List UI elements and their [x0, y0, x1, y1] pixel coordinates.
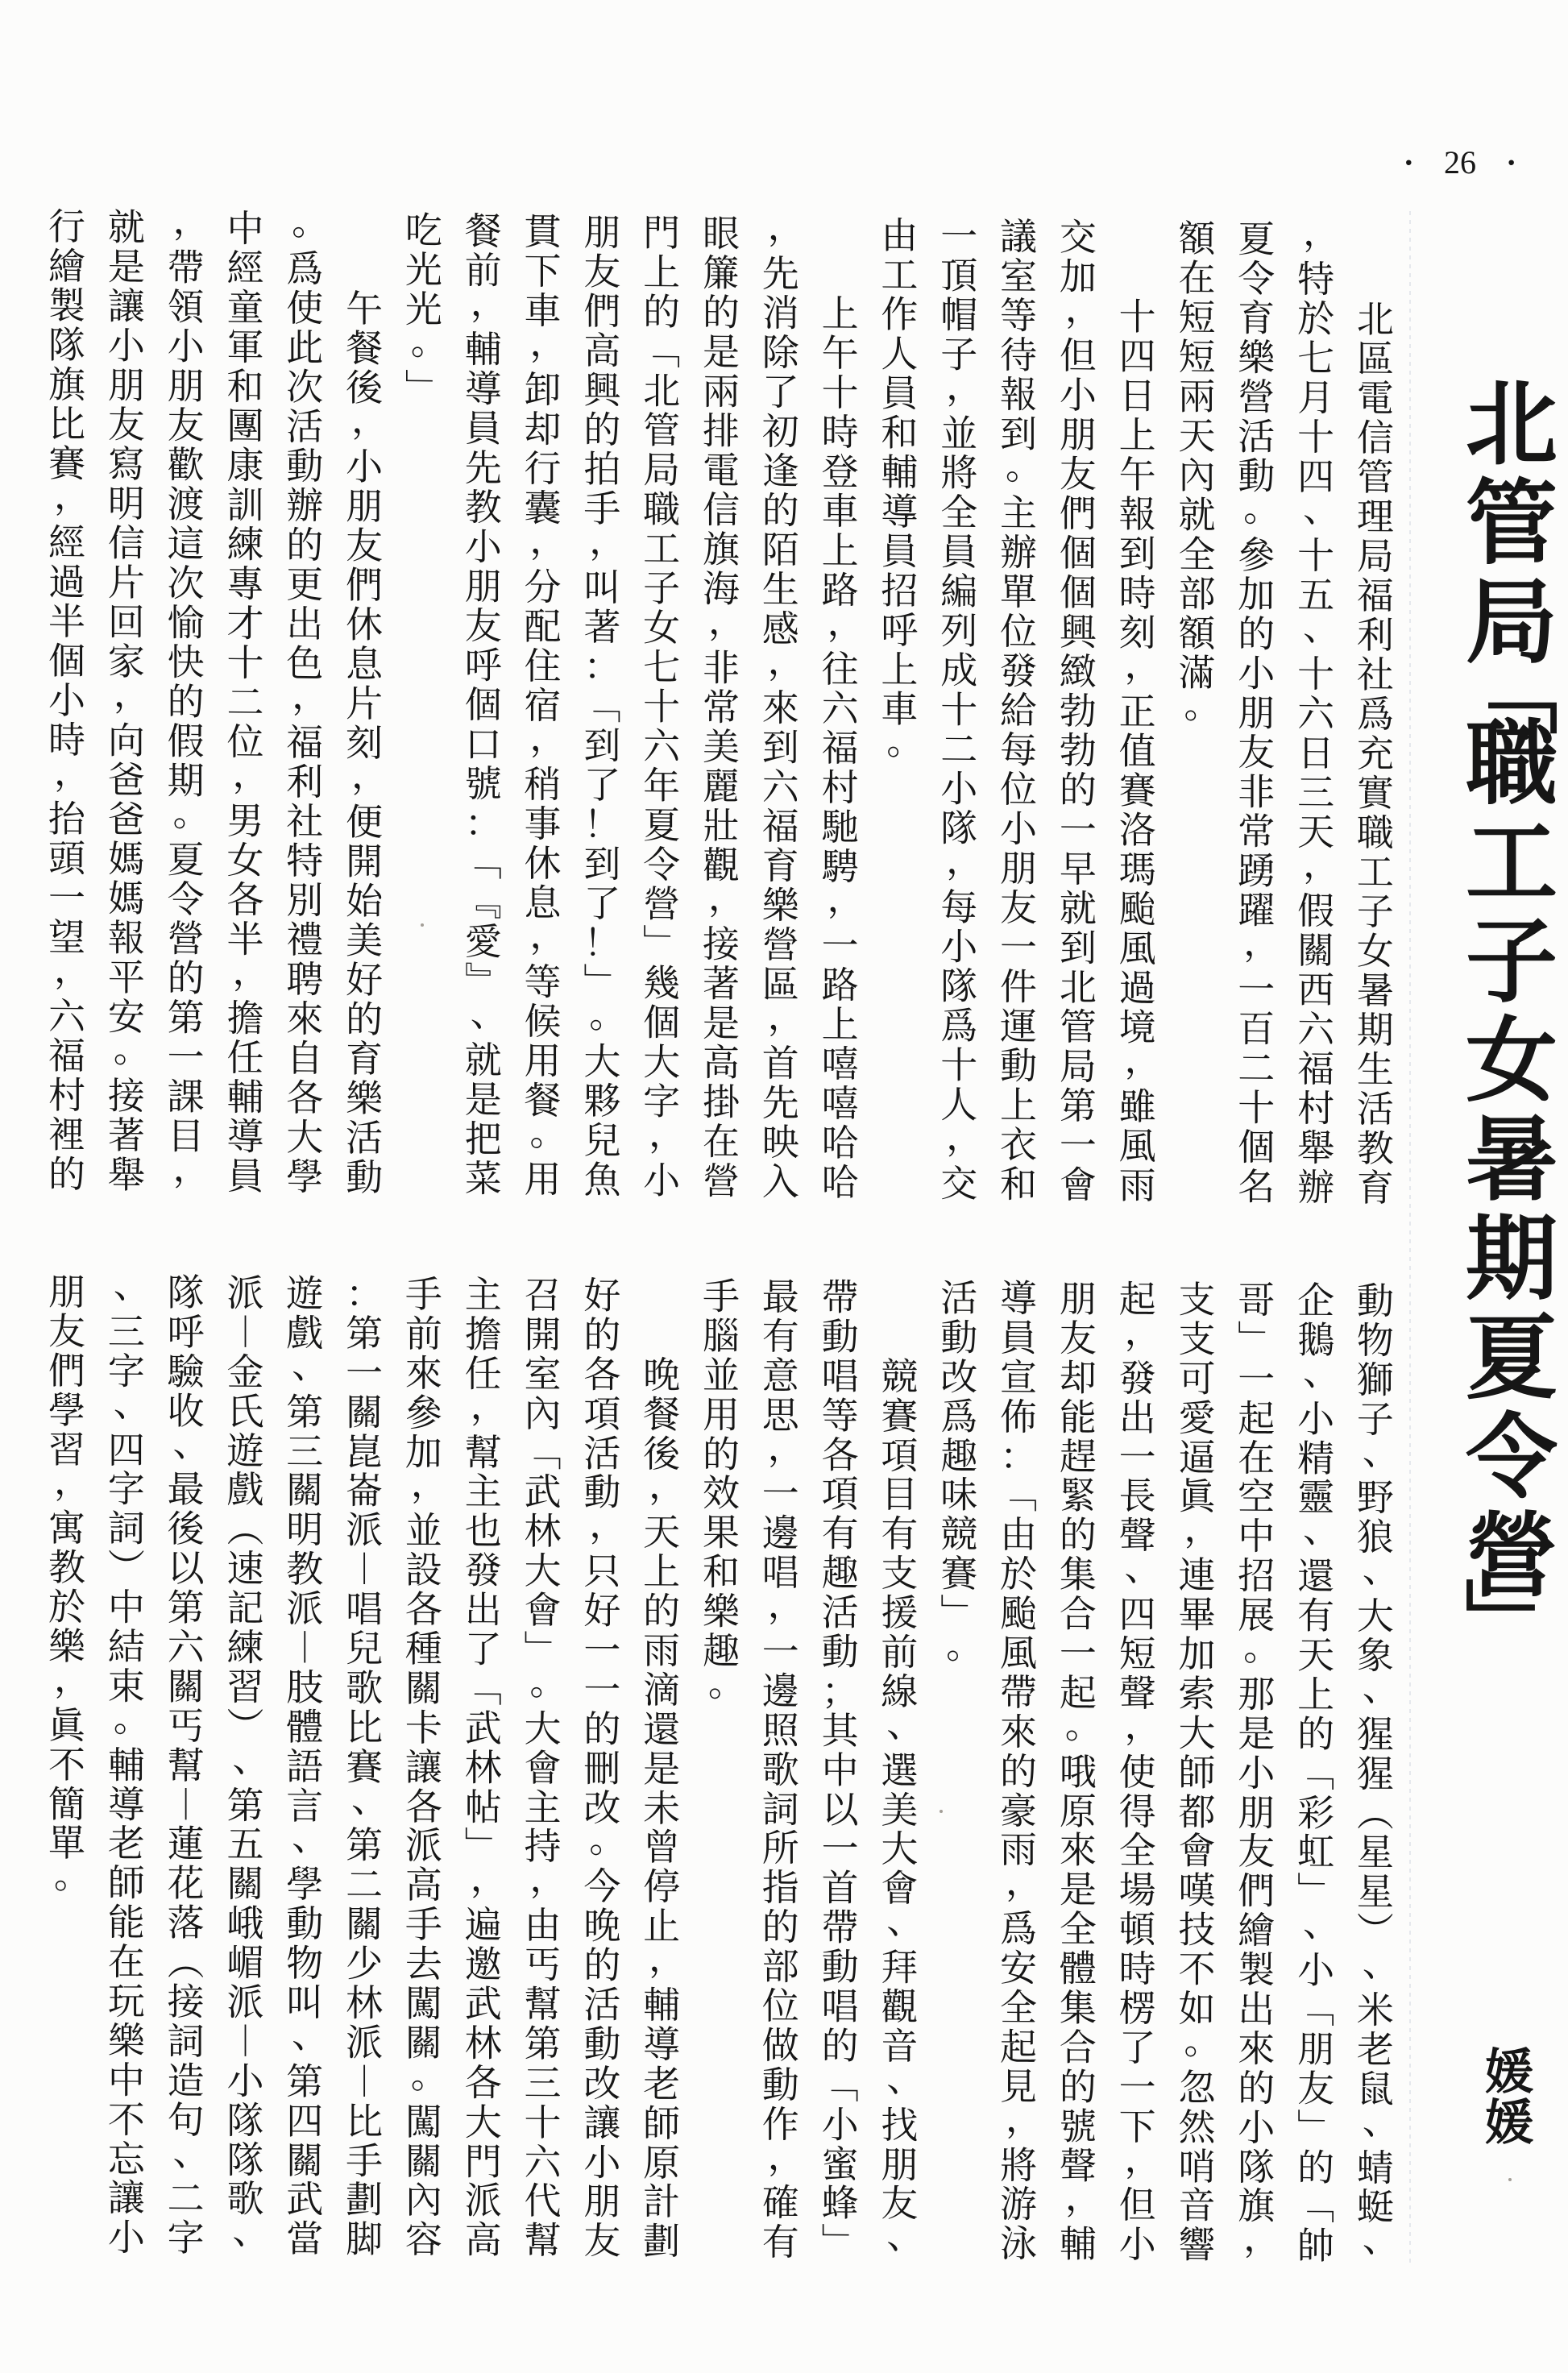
- glyph: ，: [1123, 2139, 1164, 2179]
- glyph: 六: [1296, 694, 1336, 734]
- glyph: 由: [879, 216, 919, 256]
- glyph: 師: [641, 2104, 682, 2143]
- glyph: 短: [1118, 1634, 1158, 1674]
- glyph: 於: [998, 1554, 1039, 1594]
- glyph: 六: [1296, 1010, 1336, 1050]
- glyph: 五: [225, 1825, 265, 1865]
- glyph: 詞: [761, 1790, 801, 1829]
- glyph: ，: [1064, 289, 1104, 330]
- glyph: 趣: [939, 1436, 979, 1475]
- glyph: 員: [463, 409, 504, 449]
- glyph: 隊: [225, 2140, 265, 2180]
- glyph: 朋: [344, 487, 384, 527]
- glyph: 了: [463, 1630, 504, 1670]
- glyph: 一: [939, 217, 979, 257]
- glyph: 那: [1236, 1674, 1276, 1714]
- glyph: 在: [1236, 1438, 1276, 1478]
- glyph: 闖: [404, 1984, 444, 2023]
- glyph: 主: [463, 1472, 504, 1512]
- glyph: 福: [1355, 576, 1396, 616]
- glyph: 容: [404, 2220, 444, 2259]
- glyph: 北: [1355, 300, 1396, 340]
- glyph: 的: [1236, 614, 1276, 654]
- glyph: 峨: [225, 1904, 265, 1944]
- glyph: 三: [284, 1432, 325, 1471]
- glyph: 武: [463, 1708, 504, 1748]
- glyph: ︱: [344, 1550, 384, 1590]
- glyph: 。: [112, 1699, 152, 1738]
- glyph: 哈: [820, 1163, 861, 1203]
- glyph: 丐: [166, 1707, 206, 1746]
- glyph: 期: [1462, 1209, 1562, 1309]
- glyph: 戲: [225, 1471, 265, 1510]
- glyph: 子: [1355, 892, 1396, 932]
- article-body-upper: 北區電信管理局福利社爲充實職工子女暑期生活教育 ，特於七月十四、十五、十六日三天…: [47, 207, 1396, 1209]
- glyph: 。: [1242, 1628, 1282, 1667]
- glyph: 隊: [166, 1273, 206, 1313]
- glyph: 個: [1058, 573, 1098, 613]
- glyph: 正: [1118, 692, 1158, 732]
- glyph: 令: [641, 845, 682, 886]
- glyph: 在: [106, 1943, 147, 1982]
- glyph: 餐: [344, 329, 384, 369]
- glyph: ，: [766, 641, 807, 682]
- glyph: 的: [582, 410, 622, 450]
- glyph: 崑: [344, 1432, 384, 1471]
- glyph: 村: [1296, 1089, 1336, 1129]
- glyph: 期: [1355, 1010, 1396, 1051]
- glyph: ，: [707, 601, 747, 641]
- glyph: 物: [1355, 1321, 1396, 1360]
- glyph: 爲: [939, 1396, 979, 1436]
- glyph: 旗: [701, 530, 741, 570]
- glyph: 七: [641, 648, 682, 688]
- glyph: 快: [166, 643, 206, 683]
- glyph: 餐: [463, 211, 504, 251]
- glyph: 號: [463, 764, 504, 804]
- glyph: 林: [344, 1984, 384, 2023]
- glyph: 。: [528, 1662, 568, 1702]
- glyph: 菜: [463, 1159, 504, 1199]
- text-column: 主擔任，幫主也發出了﹁武林帖﹂，遍邀武林各大門派高: [463, 1276, 504, 2261]
- glyph: 安: [998, 1948, 1039, 1988]
- glyph: 卡: [404, 1708, 444, 1748]
- glyph: 住: [523, 646, 563, 687]
- text-column: 北區電信管理局福利社爲充實職工子女暑期生活教育: [1355, 221, 1396, 1209]
- glyph: 小: [820, 2105, 861, 2144]
- glyph: 指: [761, 1869, 801, 1908]
- text-column: 隊呼驗收、最後以第六關丐幫︱蓮花落︵接詞造句、二字: [166, 1273, 206, 2259]
- glyph: 兩: [1176, 377, 1217, 417]
- glyph: 媛: [1483, 2098, 1536, 2149]
- glyph: 動: [998, 1046, 1039, 1086]
- glyph: 到: [1058, 928, 1098, 969]
- glyph: 。: [528, 1113, 568, 1153]
- glyph: 中: [820, 1750, 861, 1790]
- glyph: 派: [463, 2181, 504, 2221]
- glyph: 帶: [820, 1908, 861, 1948]
- glyph: [344, 210, 384, 251]
- glyph: 兒: [344, 1629, 384, 1669]
- glyph: 遍: [463, 1906, 504, 1945]
- glyph: 各: [582, 1355, 622, 1394]
- glyph: ，: [825, 879, 865, 919]
- glyph: 野: [1355, 1479, 1396, 1518]
- glyph: ，: [1301, 213, 1342, 253]
- text-column: 額在短短兩天內就全部額滿。: [1176, 219, 1217, 733]
- glyph: 參: [404, 1393, 444, 1433]
- glyph: 呼: [879, 611, 919, 651]
- glyph: ，: [825, 603, 865, 643]
- glyph: 最: [166, 1470, 206, 1509]
- glyph: 的: [1058, 770, 1098, 811]
- glyph: 頭: [47, 839, 87, 879]
- glyph: 有: [879, 1515, 919, 1554]
- glyph: 午: [344, 289, 384, 330]
- glyph: 彩: [1296, 1793, 1336, 1832]
- glyph: ，: [52, 950, 93, 990]
- glyph: 朋: [1058, 415, 1098, 455]
- glyph: 育: [761, 846, 801, 886]
- glyph: 常: [701, 688, 741, 728]
- glyph: 的: [344, 1000, 384, 1040]
- glyph: ﹂: [1296, 2109, 1336, 2148]
- glyph: [1118, 218, 1158, 259]
- glyph: 管: [1355, 458, 1396, 498]
- glyph: 隊: [1236, 2147, 1276, 2187]
- glyph: 競: [879, 1357, 919, 1396]
- glyph: 愉: [166, 604, 206, 644]
- text-column: 由工作人員和輔導員招呼上車。: [879, 216, 919, 770]
- glyph: 上: [820, 531, 861, 571]
- page-number-value: 26: [1444, 143, 1476, 182]
- glyph: 友: [582, 252, 622, 292]
- text-column: 議室等待報到。主辦單位發給每位小朋友一件運動上衣和: [998, 217, 1039, 1205]
- glyph: 派: [344, 2022, 384, 2062]
- glyph: 友: [463, 606, 504, 646]
- glyph: 使: [284, 288, 325, 329]
- glyph: 六: [523, 2143, 563, 2182]
- glyph: 動: [939, 1318, 979, 1358]
- glyph: 經: [47, 523, 87, 563]
- glyph: 緻: [1058, 652, 1098, 692]
- glyph: 用: [523, 1160, 563, 1200]
- glyph: 次: [284, 367, 325, 408]
- glyph: 第: [284, 1392, 325, 1432]
- glyph: ，: [944, 1117, 985, 1157]
- glyph: 幫: [166, 1746, 206, 1786]
- scanned-page: · 26 · 北管局﹁職工子女暑期夏令營﹂ 媛媛 北區電信管理局福利社爲充實職工…: [0, 0, 1568, 2373]
- glyph: 雖: [1118, 1087, 1158, 1127]
- glyph: 好: [582, 1591, 622, 1631]
- glyph: 到: [582, 726, 622, 766]
- glyph: 先: [761, 1083, 801, 1123]
- glyph: 活: [284, 407, 325, 447]
- glyph: 列: [939, 612, 979, 652]
- glyph: 一: [761, 1475, 801, 1514]
- glyph: 佈: [998, 1397, 1039, 1437]
- glyph: 畢: [1176, 1595, 1217, 1635]
- glyph: 室: [523, 1355, 563, 1394]
- glyph: 動: [761, 2065, 801, 2105]
- glyph: 們: [1058, 494, 1098, 534]
- glyph: 老: [106, 1824, 147, 1864]
- glyph: 值: [1118, 732, 1158, 772]
- glyph: 眞: [47, 1706, 87, 1745]
- glyph: 十: [820, 373, 861, 413]
- glyph: 北: [1058, 968, 1098, 1008]
- glyph: 、: [1301, 489, 1342, 529]
- glyph: 導: [225, 1117, 265, 1157]
- glyph: 育: [344, 1039, 384, 1080]
- glyph: 風: [998, 1633, 1039, 1673]
- glyph: 小: [939, 770, 979, 810]
- glyph: 但: [1118, 2186, 1158, 2226]
- glyph: 其: [820, 1711, 861, 1750]
- glyph: 後: [166, 1509, 206, 1549]
- glyph: ：: [463, 803, 504, 844]
- glyph: 腦: [701, 1317, 741, 1356]
- glyph: 闖: [404, 2102, 444, 2142]
- text-column: 召開室內﹁武林大會﹂。大會主持，由丐幫第三十六代幫: [523, 1276, 563, 2261]
- glyph: 非: [1236, 772, 1276, 812]
- glyph: 了: [582, 765, 622, 806]
- glyph: 林: [463, 1748, 504, 1787]
- glyph: 工: [1462, 813, 1562, 912]
- glyph: ，: [230, 952, 271, 992]
- glyph: 猩: [1355, 1754, 1396, 1794]
- glyph: 每: [998, 730, 1039, 770]
- text-column: 手腦並用的效果和樂趣。: [701, 1277, 741, 1711]
- glyph: 關: [225, 1865, 265, 1904]
- glyph: 的: [701, 293, 741, 334]
- glyph: 了: [582, 884, 622, 924]
- glyph: 第: [344, 1313, 384, 1353]
- glyph: 交: [939, 1164, 979, 1205]
- glyph: ﹁: [1462, 672, 1562, 714]
- glyph: 上: [1118, 416, 1158, 456]
- glyph: 日: [1118, 376, 1158, 417]
- glyph: 有: [820, 1514, 861, 1554]
- glyph: 逼: [1176, 1437, 1217, 1477]
- glyph: 教: [1355, 1129, 1396, 1169]
- glyph: 場: [1118, 1871, 1158, 1910]
- glyph: 製: [47, 286, 87, 326]
- glyph: 、: [230, 1739, 271, 1778]
- glyph: 就: [106, 208, 147, 248]
- glyph: 朋: [1236, 693, 1276, 733]
- glyph: 動: [582, 2025, 622, 2064]
- glyph: 設: [404, 1550, 444, 1590]
- glyph: 信: [1355, 418, 1396, 458]
- glyph: 六: [47, 997, 87, 1037]
- glyph: 關: [166, 1667, 206, 1707]
- glyph: 著: [582, 608, 622, 648]
- glyph: 一: [1236, 969, 1276, 1010]
- glyph: 二: [939, 730, 979, 770]
- glyph: 活: [582, 1433, 622, 1473]
- glyph: 大: [879, 1830, 919, 1869]
- glyph: ，: [1301, 844, 1342, 885]
- glyph: 出: [1118, 1398, 1158, 1437]
- glyph: 主: [998, 493, 1039, 533]
- glyph: 並: [939, 414, 979, 454]
- glyph: 未: [641, 1789, 682, 1828]
- glyph: 風: [1118, 1126, 1158, 1167]
- glyph: 的: [1296, 2147, 1336, 2187]
- glyph: 充: [1355, 734, 1396, 774]
- glyph: ︱: [225, 2022, 265, 2061]
- glyph: 的: [47, 1155, 87, 1195]
- glyph: 比: [344, 1707, 384, 1747]
- glyph: 除: [761, 333, 801, 373]
- glyph: 二: [344, 1865, 384, 1905]
- glyph: 武: [463, 1985, 504, 2024]
- glyph: 選: [879, 1751, 919, 1790]
- glyph: 手: [404, 1905, 444, 1944]
- glyph: 的: [1236, 2068, 1276, 2108]
- glyph: 各: [225, 880, 265, 920]
- glyph: 忘: [106, 2139, 147, 2179]
- glyph: 麗: [701, 767, 741, 807]
- glyph: 媽: [106, 840, 147, 880]
- glyph: 位: [761, 1986, 801, 2026]
- glyph: ︵: [166, 1943, 206, 1982]
- glyph: 朋: [582, 2182, 622, 2222]
- glyph: 高: [582, 331, 622, 371]
- glyph: 崙: [344, 1471, 384, 1511]
- glyph: ﹂: [641, 924, 682, 965]
- glyph: 獅: [1355, 1360, 1396, 1400]
- glyph: 、: [290, 2015, 330, 2055]
- glyph: 樂: [1236, 338, 1276, 378]
- glyph: 動: [1355, 1281, 1396, 1321]
- glyph: ，: [647, 1939, 687, 1978]
- glyph: 、: [1123, 1548, 1164, 1587]
- glyph: 第: [344, 1826, 384, 1865]
- glyph: 颱: [998, 1594, 1039, 1633]
- glyph: ，: [528, 323, 568, 363]
- glyph: 報: [1118, 495, 1158, 535]
- glyph: 衣: [998, 1125, 1039, 1165]
- glyph: 出: [463, 1591, 504, 1630]
- glyph: 樂: [701, 1592, 741, 1632]
- glyph: 蓮: [166, 1824, 206, 1864]
- glyph: 的: [820, 2027, 861, 2066]
- glyph: 雨: [641, 1631, 682, 1670]
- glyph: 接: [106, 1077, 147, 1117]
- glyph: 學: [284, 1157, 325, 1197]
- glyph: 賽: [1118, 771, 1158, 811]
- glyph: 部: [1176, 575, 1217, 615]
- glyph: 宣: [998, 1358, 1039, 1397]
- glyph: 六: [761, 767, 801, 807]
- glyph: 的: [1058, 2068, 1098, 2107]
- glyph: 輔: [463, 330, 504, 370]
- glyph: 物: [284, 1944, 325, 1983]
- glyph: 響: [1176, 2226, 1217, 2265]
- glyph: 十: [225, 643, 265, 683]
- glyph: 。: [1182, 2022, 1222, 2061]
- text-column: 企鵝、小精靈、還有天上的﹁彩虹﹂、小﹁朋友﹂的﹁帥: [1296, 1281, 1336, 2267]
- glyph: 招: [1236, 1557, 1276, 1596]
- glyph: 隊: [939, 967, 979, 1007]
- glyph: 暑: [1355, 971, 1396, 1011]
- glyph: ，: [528, 718, 568, 758]
- glyph: 工: [879, 255, 919, 296]
- glyph: 是: [1236, 1714, 1276, 1753]
- text-column: 、三字、四字詞︶中結束。輔導老師能在玩樂中不忘讓小: [106, 1273, 147, 2259]
- glyph: 夏: [166, 840, 206, 881]
- glyph: 技: [1176, 1910, 1217, 1950]
- glyph: 月: [1296, 378, 1336, 418]
- glyph: 信: [701, 491, 741, 531]
- glyph: 關: [344, 1392, 384, 1432]
- glyph: 初: [761, 412, 801, 452]
- glyph: 氏: [225, 1392, 265, 1431]
- glyph: 不: [1176, 1950, 1217, 1989]
- glyph: 哨: [1176, 2147, 1217, 2186]
- glyph: 朋: [47, 1272, 87, 1312]
- glyph: ！: [582, 923, 622, 964]
- glyph: 魚: [582, 1160, 622, 1201]
- glyph: 發: [1118, 1359, 1158, 1398]
- glyph: 朋: [582, 213, 622, 253]
- glyph: 配: [523, 607, 563, 647]
- glyph: 信: [106, 524, 147, 564]
- glyph: 玩: [106, 1982, 147, 2022]
- glyph: ，: [766, 997, 807, 1037]
- glyph: 不: [106, 2100, 147, 2139]
- glyph: 令: [1462, 1408, 1562, 1507]
- glyph: 次: [166, 564, 206, 604]
- glyph: 高: [463, 2221, 504, 2260]
- glyph: 劃: [641, 2222, 682, 2262]
- glyph: 大: [523, 1551, 563, 1591]
- glyph: 六: [166, 1628, 206, 1667]
- glyph: 友: [344, 526, 384, 566]
- glyph: 營: [1236, 377, 1276, 417]
- glyph: 來: [1058, 1831, 1098, 1870]
- text-column: 導員宣佈：﹁由於颱風帶來的豪雨，爲安全起見，將游泳: [998, 1279, 1039, 2264]
- glyph: 習: [225, 1667, 265, 1707]
- glyph: 十: [1296, 417, 1336, 458]
- glyph: 一: [1058, 810, 1098, 850]
- glyph: 上: [1296, 1675, 1336, 1715]
- glyph: 上: [641, 1552, 682, 1591]
- glyph: 的: [582, 1946, 622, 1985]
- glyph: 明: [284, 1510, 325, 1550]
- glyph: 任: [225, 1038, 265, 1078]
- glyph: 福: [761, 807, 801, 847]
- glyph: 支: [879, 1554, 919, 1593]
- glyph: 由: [998, 1516, 1039, 1555]
- glyph: 賽: [939, 1554, 979, 1594]
- glyph: 樂: [106, 2021, 147, 2060]
- glyph: 嘆: [1176, 1871, 1217, 1910]
- glyph: ﹁: [1296, 1754, 1336, 1794]
- glyph: 能: [106, 1903, 147, 1943]
- glyph: 。: [172, 793, 212, 833]
- glyph: 了: [1118, 2028, 1158, 2068]
- glyph: 女: [1355, 931, 1396, 972]
- glyph: 大: [582, 1042, 622, 1082]
- glyph: [1355, 260, 1396, 301]
- glyph: ﹁: [463, 843, 504, 883]
- glyph: [344, 250, 384, 290]
- glyph: 們: [582, 292, 622, 332]
- glyph: 北: [641, 371, 682, 412]
